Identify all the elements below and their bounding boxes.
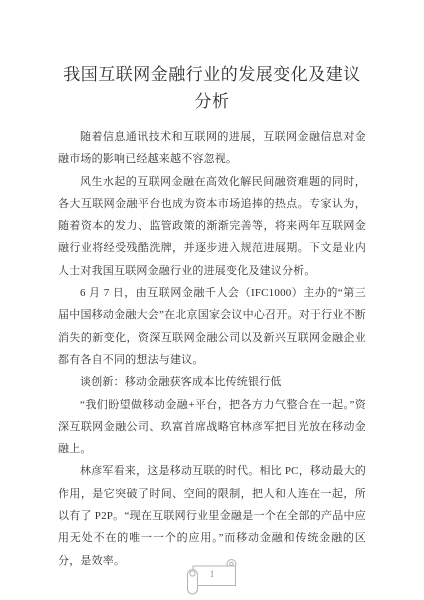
paragraph-quote-platform: “我们盼望做移动金融+平台，把各方力气整合在一起。”资深互联网金融公司、玖富首席… bbox=[58, 394, 366, 461]
paragraph-conference: 6 月 7 日，由互联网金融千人会（IFC1000）主办的“第三届中国移动金融大… bbox=[58, 282, 366, 371]
section-subheading-innovation: 谈创新：移动金融获客成本比传统银行低 bbox=[58, 371, 366, 393]
document-title: 我国互联网金融行业的发展变化及建议分析 bbox=[57, 61, 367, 115]
paragraph-intro: 随着信息通讯技术和互联网的进展，互联网金融信息对金融市场的影响已经越来越不容忽视… bbox=[58, 126, 366, 171]
page-number: 1 bbox=[187, 567, 237, 581]
document-page: 我国互联网金融行业的发展变化及建议分析 随着信息通讯技术和互联网的进展，互联网金… bbox=[0, 0, 424, 600]
page-footer: 1 bbox=[0, 556, 424, 596]
paragraph-industry-overview: 风生水起的互联网金融在高效化解民间融资难题的同时，各大互联网金融平台也成为资本市… bbox=[58, 171, 366, 282]
document-body: 随着信息通讯技术和互联网的进展，互联网金融信息对金融市场的影响已经越来越不容忽视… bbox=[58, 126, 366, 572]
scroll-page-number-ornament: 1 bbox=[181, 556, 243, 596]
